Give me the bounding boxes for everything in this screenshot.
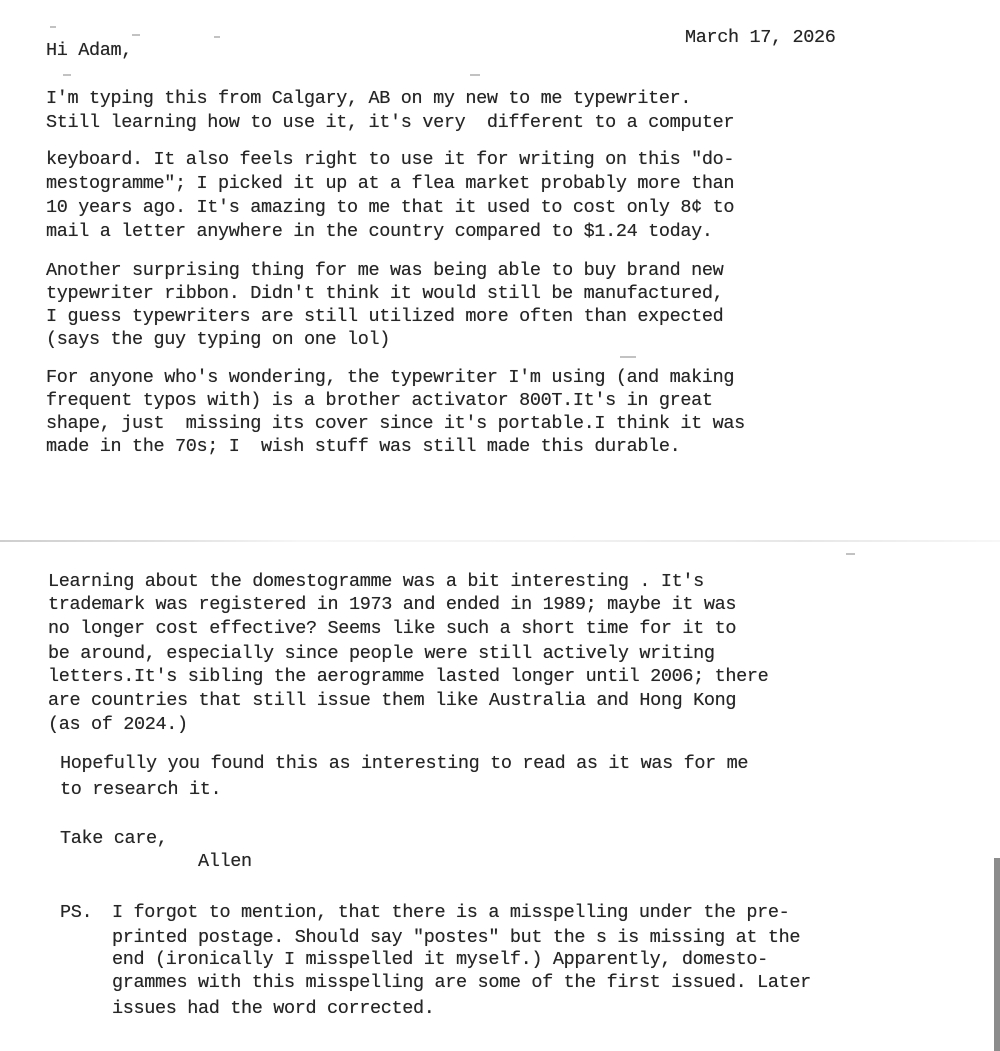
paragraph-line: trademark was registered in 1973 and end… [48,593,736,617]
postscript-label: PS. [60,901,92,925]
letter-greeting: Hi Adam, [46,39,132,63]
paper-speck [63,74,71,76]
paragraph-line: frequent typos with) is a brother activa… [46,389,713,413]
paper-speck [50,26,56,28]
postscript-line: issues had the word corrected. [112,997,435,1021]
paragraph-line: Another surprising thing for me was bein… [46,259,723,283]
paragraph-line: are countries that still issue them like… [48,689,736,713]
paragraph-line: letters.It's sibling the aerogramme last… [48,665,768,689]
paragraph-line: Hopefully you found this as interesting … [60,752,748,776]
postscript-line: I forgot to mention, that there is a mis… [112,901,789,925]
paragraph-line: For anyone who's wondering, the typewrit… [46,366,734,390]
letter-closing: Take care, [60,827,168,851]
paragraph-line: (as of 2024.) [48,713,188,737]
paragraph-line: I'm typing this from Calgary, AB on my n… [46,87,691,111]
letter-date: March 17, 2026 [685,26,836,50]
paper-speck [620,356,636,358]
paragraph-line: typewriter ribbon. Didn't think it would… [46,282,723,306]
paragraph-line: made in the 70s; I wish stuff was still … [46,435,680,459]
paper-fold-line [0,540,1000,542]
paragraph-line: 10 years ago. It's amazing to me that it… [46,196,734,220]
paragraph-line: I guess typewriters are still utilized m… [46,305,723,329]
letter-signature: Allen [198,850,252,874]
paragraph-line: shape, just missing its cover since it's… [46,412,745,436]
paragraph-line: to research it. [60,778,221,802]
paragraph-line: keyboard. It also feels right to use it … [46,148,734,172]
typewritten-letter: March 17, 2026 Hi Adam, I'm typing this … [0,0,1000,1051]
postscript-line: end (ironically I misspelled it myself.)… [112,948,768,972]
paragraph-line: mail a letter anywhere in the country co… [46,220,713,244]
paper-speck [846,553,855,555]
paper-speck [132,34,140,36]
paragraph-line: (says the guy typing on one lol) [46,328,390,352]
paper-edge [994,858,1000,1051]
postscript-line: grammes with this misspelling are some o… [112,971,811,995]
paragraph-line: no longer cost effective? Seems like suc… [48,617,736,641]
paragraph-line: be around, especially since people were … [48,642,715,666]
paragraph-line: Still learning how to use it, it's very … [46,111,734,135]
paper-speck [214,36,220,38]
paragraph-line: mestogramme"; I picked it up at a flea m… [46,172,734,196]
paper-speck [470,74,480,76]
paragraph-line: Learning about the domestogramme was a b… [48,570,704,594]
postscript-line: printed postage. Should say "postes" but… [112,926,800,950]
